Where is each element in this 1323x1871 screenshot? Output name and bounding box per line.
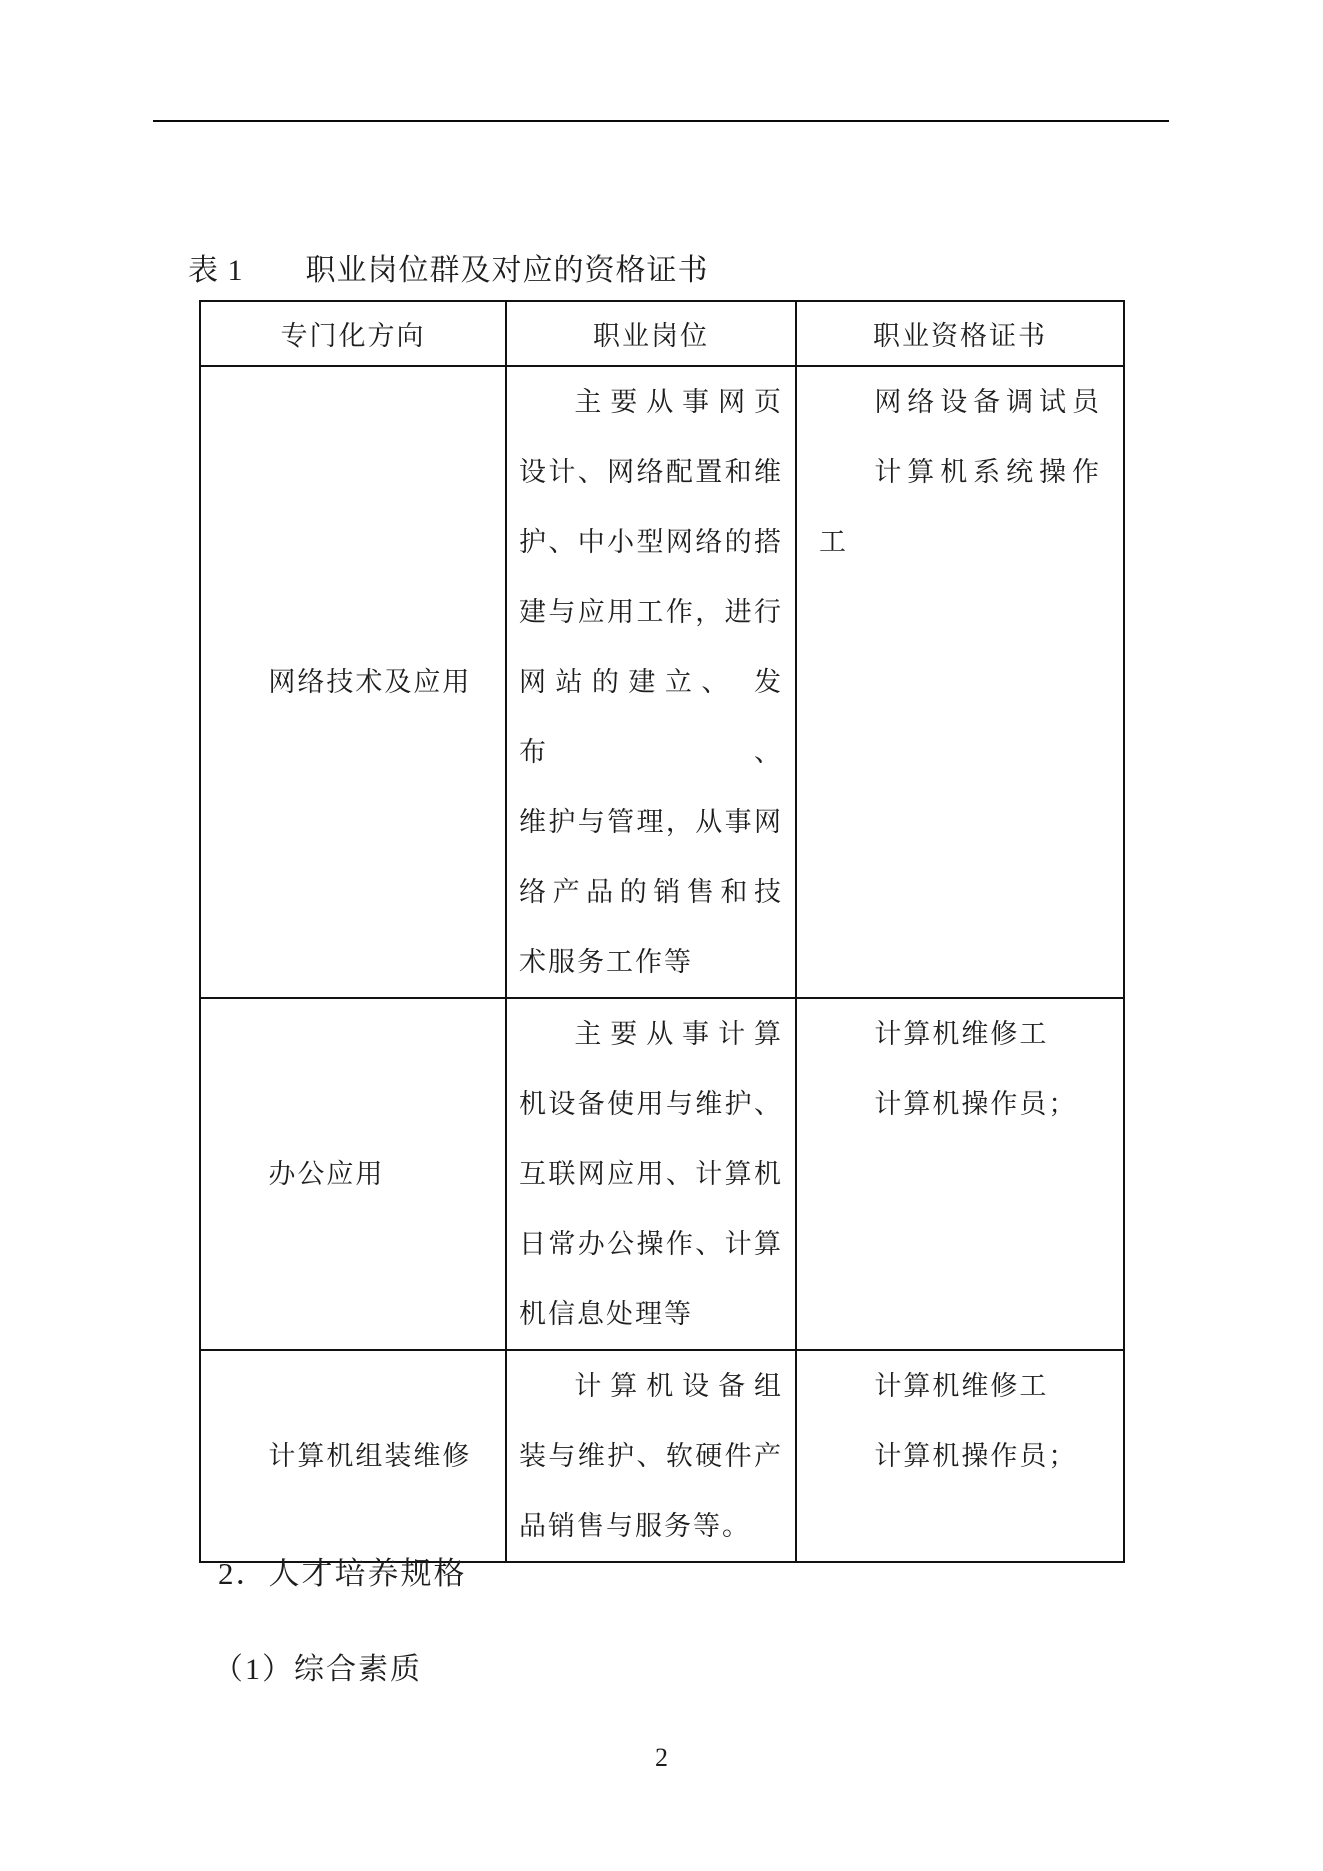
cell-cert-3: 计算机维修工计算机操作员； — [796, 1350, 1124, 1562]
cell-cert-1: 网络设备调试员计算机系统操作工 — [796, 366, 1124, 998]
cell-direction-1: 网络技术及应用 — [200, 366, 506, 998]
cert-1-line-2: 工 — [819, 507, 1101, 577]
direction-text-3: 计算机组装维修 — [213, 1421, 493, 1491]
post-1-line-2: 护、中小型网络的搭 — [519, 507, 783, 577]
document-page: 表 1职业岗位群及对应的资格证书 专门化方向职业岗位职业资格证书 网络技术及应用… — [0, 0, 1323, 1871]
cell-direction-2: 办公应用 — [200, 998, 506, 1350]
table-row-2: 办公应用主要从事计算机设备使用与维护、互联网应用、计算机日常办公操作、计算机信息… — [200, 998, 1124, 1350]
post-1-line-6: 络产品的销售和技 — [519, 857, 783, 927]
table-row-3: 计算机组装维修计算机设备组装与维护、软硬件产品销售与服务等。计算机维修工计算机操… — [200, 1350, 1124, 1562]
cert-1-line-0: 网络设备调试员 — [819, 367, 1101, 437]
table-caption: 表 1职业岗位群及对应的资格证书 — [188, 250, 709, 292]
post-1-line-7: 术服务工作等 — [519, 927, 783, 997]
column-header-0: 专门化方向 — [200, 301, 506, 366]
direction-text-1: 网络技术及应用 — [213, 647, 493, 717]
table-header-row: 专门化方向职业岗位职业资格证书 — [200, 301, 1124, 366]
post-2-line-0: 主要从事计算 — [519, 999, 783, 1069]
table-caption-label: 表 1 — [188, 254, 244, 287]
jobs-qualifications-table: 专门化方向职业岗位职业资格证书 网络技术及应用主要从事网页设计、网络配置和维护、… — [199, 300, 1125, 1563]
post-2-line-1: 机设备使用与维护、 — [519, 1069, 783, 1139]
post-1-line-3: 建与应用工作，进行 — [519, 577, 783, 647]
post-1-line-1: 设计、网络配置和维 — [519, 437, 783, 507]
column-header-1: 职业岗位 — [506, 301, 796, 366]
cell-post-1: 主要从事网页设计、网络配置和维护、中小型网络的搭建与应用工作，进行网站的建立、 … — [506, 366, 796, 998]
post-1-line-5: 维护与管理，从事网 — [519, 787, 783, 857]
cert-1-line-1: 计算机系统操作 — [819, 437, 1101, 507]
table-body: 网络技术及应用主要从事网页设计、网络配置和维护、中小型网络的搭建与应用工作，进行… — [200, 366, 1124, 1562]
cell-direction-3: 计算机组装维修 — [200, 1350, 506, 1562]
cert-3-line-0: 计算机维修工 — [819, 1351, 1101, 1421]
post-2-line-4: 机信息处理等 — [519, 1279, 783, 1349]
page-header-rule — [153, 120, 1169, 122]
post-3-line-2: 品销售与服务等。 — [519, 1491, 783, 1561]
cell-cert-2: 计算机维修工计算机操作员； — [796, 998, 1124, 1350]
post-1-line-0: 主要从事网页 — [519, 367, 783, 437]
cell-post-3: 计算机设备组装与维护、软硬件产品销售与服务等。 — [506, 1350, 796, 1562]
table-caption-title: 职业岗位群及对应的资格证书 — [306, 254, 709, 287]
post-2-line-2: 互联网应用、计算机 — [519, 1139, 783, 1209]
direction-text-2: 办公应用 — [213, 1139, 493, 1209]
post-3-line-1: 装与维护、软硬件产 — [519, 1421, 783, 1491]
post-1-line-4: 网站的建立、 发布、 — [519, 647, 783, 787]
cert-3-line-1: 计算机操作员； — [819, 1421, 1101, 1491]
column-header-2: 职业资格证书 — [796, 301, 1124, 366]
post-3-line-0: 计算机设备组 — [519, 1351, 783, 1421]
section-subheading: （1）综合素质 — [213, 1648, 422, 1692]
cert-2-line-1: 计算机操作员； — [819, 1069, 1101, 1139]
cert-2-line-0: 计算机维修工 — [819, 999, 1101, 1069]
table-row-1: 网络技术及应用主要从事网页设计、网络配置和维护、中小型网络的搭建与应用工作，进行… — [200, 366, 1124, 998]
section-heading: 2．人才培养规格 — [218, 1552, 467, 1596]
cell-post-2: 主要从事计算机设备使用与维护、互联网应用、计算机日常办公操作、计算机信息处理等 — [506, 998, 796, 1350]
post-2-line-3: 日常办公操作、计算 — [519, 1209, 783, 1279]
page-number: 2 — [0, 1742, 1323, 1774]
